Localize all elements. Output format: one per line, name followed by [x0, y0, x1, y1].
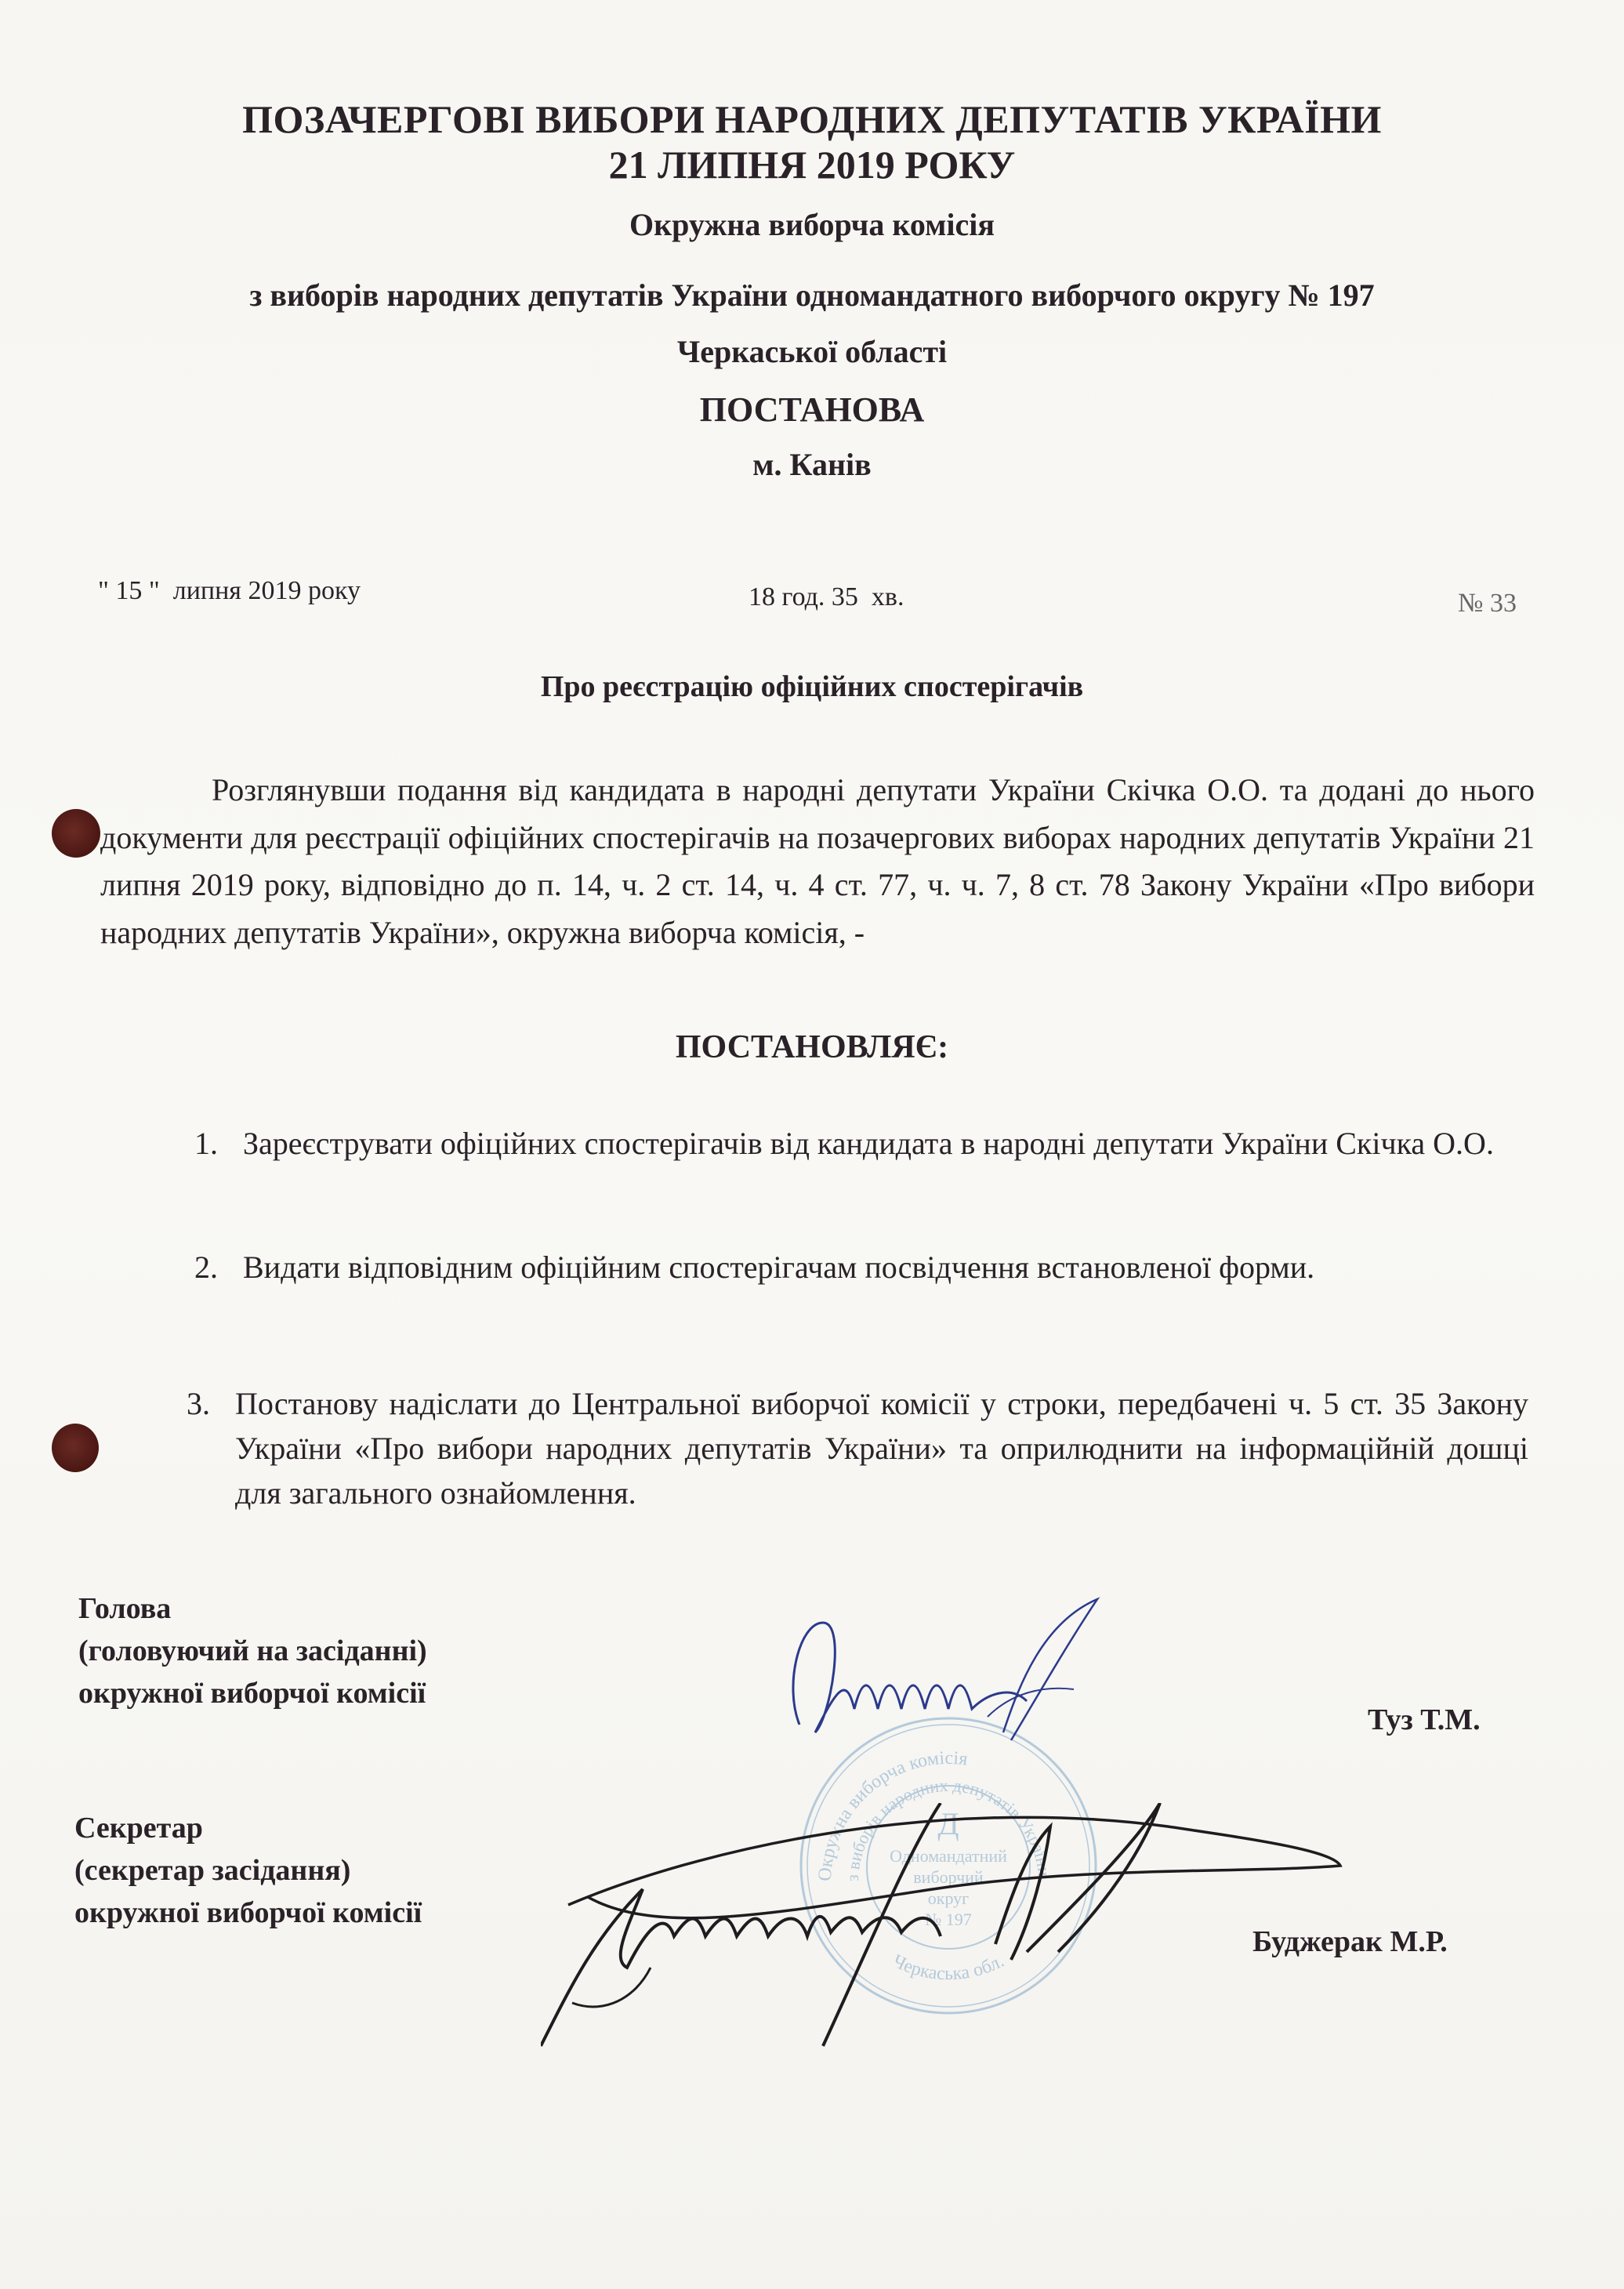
item-number: 2.	[194, 1245, 218, 1290]
secretary-role: Секретар (секретар засідання) окружної в…	[74, 1807, 422, 1934]
punch-hole	[52, 1424, 99, 1472]
resolution-time: 18 год. 35 хв.	[749, 580, 904, 615]
item-number: 3.	[187, 1381, 210, 1426]
chairman-name: Туз Т.М.	[1368, 1703, 1481, 1737]
chairman-signature	[776, 1591, 1121, 1748]
punch-hole	[52, 809, 100, 858]
role-line: Секретар	[74, 1807, 422, 1849]
resolution-item: 2. Видати відповідним офіційним спостері…	[243, 1245, 1528, 1290]
item-text: Зареєструвати офіційних спостерігачів ві…	[243, 1126, 1494, 1161]
resolution-date: " 15 " липня 2019 року	[98, 574, 361, 608]
resolves-heading: ПОСТАНОВЛЯЄ:	[0, 1027, 1624, 1068]
preamble-paragraph: Розглянувши подання від кандидата в наро…	[100, 767, 1535, 956]
item-number: 1.	[194, 1121, 218, 1166]
resolution-number: № 33	[1458, 586, 1517, 621]
commission-name: Окружна виборча комісія	[0, 205, 1624, 245]
role-line: (головуючий на засіданні)	[78, 1630, 427, 1672]
secretary-signature	[541, 1803, 1442, 2054]
commission-scope: з виборів народних депутатів України одн…	[0, 276, 1624, 315]
item-text: Видати відповідним офіційним спостерігач…	[243, 1250, 1314, 1285]
item-text: Постанову надіслати до Центральної вибор…	[235, 1386, 1528, 1511]
election-title: ПОЗАЧЕРГОВІ ВИБОРИ НАРОДНИХ ДЕПУТАТІВ УК…	[0, 96, 1624, 143]
document-page: ПОЗАЧЕРГОВІ ВИБОРИ НАРОДНИХ ДЕПУТАТІВ УК…	[0, 0, 1624, 2289]
resolution-subject: Про реєстрацію офіційних спостерігачів	[0, 668, 1624, 706]
resolution-item: 1. Зареєструвати офіційних спостерігачів…	[243, 1121, 1528, 1166]
role-line: (секретар засідання)	[74, 1849, 422, 1892]
region: Черкаської області	[0, 332, 1624, 372]
city: м. Канів	[0, 445, 1624, 484]
role-line: окружної виборчої комісії	[74, 1892, 422, 1934]
role-line: окружної виборчої комісії	[78, 1672, 427, 1714]
election-date: 21 ЛИПНЯ 2019 РОКУ	[0, 141, 1624, 188]
document-type: ПОСТАНОВА	[0, 389, 1624, 431]
resolution-item: 3. Постанову надіслати до Центральної ви…	[235, 1381, 1528, 1515]
chairman-role: Голова (головуючий на засіданні) окружно…	[78, 1587, 427, 1714]
role-line: Голова	[78, 1587, 427, 1630]
